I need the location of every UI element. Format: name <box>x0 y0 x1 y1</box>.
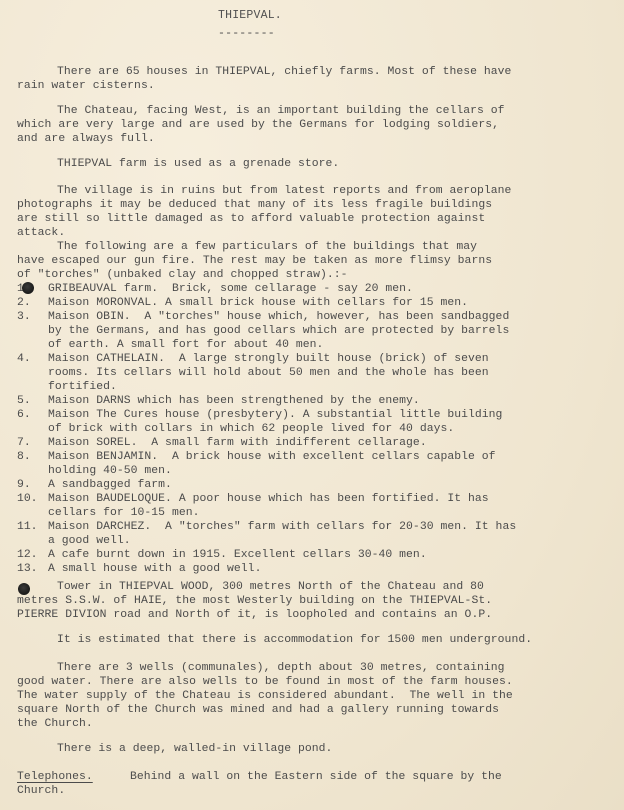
paragraph-village-line-3: are still so little damaged as to afford… <box>17 212 485 226</box>
list-number: 12. <box>17 548 38 562</box>
telephones-line-1: Behind a wall on the Eastern side of the… <box>130 770 502 784</box>
paragraph-houses-line-2: rain water cisterns. <box>17 79 155 93</box>
list-item: Maison BENJAMIN. A brick house with exce… <box>48 450 496 464</box>
paragraph-village-line-4: attack. <box>17 226 65 240</box>
list-item-continuation: cellars for 10-15 men. <box>48 506 199 520</box>
paragraph-farm: THIEPVAL farm is used as a grenade store… <box>57 157 339 171</box>
document-title: THIEPVAL. <box>218 9 282 22</box>
paragraph-chateau-line-3: and are always full. <box>17 132 155 146</box>
list-number: 9. <box>17 478 31 492</box>
paragraph-accommodation: It is estimated that there is accommodat… <box>57 633 532 647</box>
paragraph-houses-line-1: There are 65 houses in THIEPVAL, chiefly… <box>57 65 511 79</box>
list-number: 5. <box>17 394 31 408</box>
paragraph-particulars-line-1: The following are a few particulars of t… <box>57 240 477 254</box>
list-item-continuation: of earth. A small fort for about 40 men. <box>48 338 323 352</box>
paragraph-village-line-2: photographs it may be deduced that many … <box>17 198 492 212</box>
telephones-line-2: Church. <box>17 784 65 798</box>
punch-hole-icon <box>18 583 30 595</box>
paragraph-wells-line-1: There are 3 wells (communales), depth ab… <box>57 661 505 675</box>
list-number: 10. <box>17 492 38 506</box>
list-item: Maison DARCHEZ. A "torches" farm with ce… <box>48 520 516 534</box>
paragraph-village-line-1: The village is in ruins but from latest … <box>57 184 511 198</box>
list-item: Maison SOREL. A small farm with indiffer… <box>48 436 427 450</box>
list-item-continuation: a good well. <box>48 534 131 548</box>
list-item-continuation: holding 40-50 men. <box>48 464 172 478</box>
typewritten-page: THIEPVAL. -------- There are 65 houses i… <box>0 0 624 810</box>
list-item: A cafe burnt down in 1915. Excellent cel… <box>48 548 427 562</box>
list-item-continuation: of brick with collars in which 62 people… <box>48 422 454 436</box>
list-number: 8. <box>17 450 31 464</box>
title-underline: -------- <box>218 27 275 40</box>
paragraph-pond: There is a deep, walled-in village pond. <box>57 742 332 756</box>
punch-hole-icon <box>22 282 34 294</box>
list-number: 7. <box>17 436 31 450</box>
paragraph-chateau-line-1: The Chateau, facing West, is an importan… <box>57 104 505 118</box>
paragraph-wells-line-2: good water. There are also wells to be f… <box>17 675 513 689</box>
list-item: A sandbagged farm. <box>48 478 172 492</box>
list-number: 11. <box>17 520 38 534</box>
list-item: Maison DARNS which has been strengthened… <box>48 394 420 408</box>
paragraph-particulars-line-3: of "torches" (unbaked clay and chopped s… <box>17 268 348 282</box>
paragraph-wells-line-3: The water supply of the Chateau is consi… <box>17 689 513 703</box>
list-number: 6. <box>17 408 31 422</box>
list-number: 13. <box>17 562 38 576</box>
list-item-continuation: rooms. Its cellars will hold about 50 me… <box>48 366 489 380</box>
paragraph-wells-line-5: the Church. <box>17 717 93 731</box>
paragraph-wells-line-4: square North of the Church was mined and… <box>17 703 499 717</box>
list-item-continuation: by the Germans, and has good cellars whi… <box>48 324 509 338</box>
list-item: Maison CATHELAIN. A large strongly built… <box>48 352 489 366</box>
telephones-heading: Telephones. <box>17 770 93 784</box>
paragraph-tower-line-2: metres S.S.W. of HAIE, the most Westerly… <box>17 594 492 608</box>
paragraph-particulars-line-2: have escaped our gun fire. The rest may … <box>17 254 492 268</box>
paragraph-tower-line-1: Tower in THIEPVAL WOOD, 300 metres North… <box>57 580 484 594</box>
list-item: Maison BAUDELOQUE. A poor house which ha… <box>48 492 489 506</box>
list-number: 2. <box>17 296 31 310</box>
list-item: Maison OBIN. A "torches" house which, ho… <box>48 310 509 324</box>
list-number: 4. <box>17 352 31 366</box>
list-item-continuation: fortified. <box>48 380 117 394</box>
list-number: 3. <box>17 310 31 324</box>
paragraph-tower-line-3: PIERRE DIVION road and North of it, is l… <box>17 608 492 622</box>
paragraph-chateau-line-2: which are very large and are used by the… <box>17 118 499 132</box>
list-item: Maison MORONVAL. A small brick house wit… <box>48 296 468 310</box>
list-item: Maison The Cures house (presbytery). A s… <box>48 408 502 422</box>
list-item: GRIBEAUVAL farm. Brick, some cellarage -… <box>48 282 413 296</box>
list-item: A small house with a good well. <box>48 562 261 576</box>
